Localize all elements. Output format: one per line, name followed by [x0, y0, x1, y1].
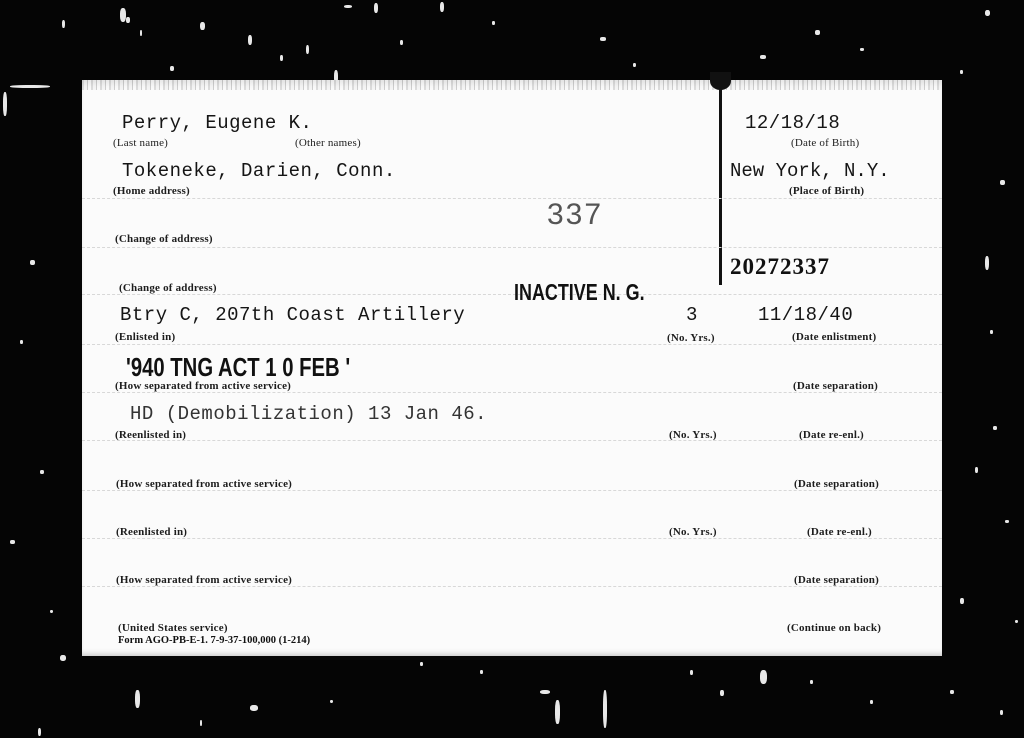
- dust-speck: [1015, 620, 1018, 623]
- dust-speck: [815, 30, 820, 35]
- date-enlistment-label: (Date enlistment): [792, 331, 876, 343]
- dust-speck: [760, 55, 766, 59]
- home-address-label: (Home address): [113, 185, 190, 197]
- training-act-stamp: '940 TNG ACT 1 0 FEB ': [126, 352, 350, 383]
- ruled-line: [82, 344, 942, 345]
- dust-speck: [600, 37, 606, 41]
- date-separation-label-3: (Date separation): [794, 574, 879, 586]
- no-yrs-label-1: (No. Yrs.): [667, 332, 715, 344]
- dust-speck: [603, 690, 607, 728]
- dust-speck: [555, 700, 560, 724]
- dust-speck: [38, 728, 41, 736]
- dust-speck: [860, 48, 864, 51]
- dust-speck: [60, 655, 66, 661]
- dust-speck: [40, 470, 44, 474]
- separation-note: HD (Demobilization) 13 Jan 46.: [130, 403, 487, 425]
- dust-speck: [170, 66, 174, 71]
- reenlisted-label-1: (Reenlisted in): [115, 429, 186, 441]
- date-separation-label-2: (Date separation): [794, 478, 879, 490]
- how-separated-label-3: (How separated from active service): [116, 574, 292, 586]
- dust-speck: [960, 598, 964, 604]
- inactive-ng-stamp: INACTIVE N. G.: [514, 279, 645, 306]
- dust-speck: [760, 670, 767, 684]
- home-address-value: Tokeneke, Darien, Conn.: [122, 160, 396, 182]
- change-of-address-label-2: (Change of address): [119, 282, 217, 294]
- continue-on-back-label: (Continue on back): [787, 622, 881, 634]
- dust-speck: [1005, 520, 1009, 523]
- no-yrs-label-3: (No. Yrs.): [669, 526, 717, 538]
- dust-speck: [993, 426, 997, 430]
- ruled-line: [82, 198, 942, 199]
- dust-speck: [374, 3, 378, 13]
- date-enlistment-value: 11/18/40: [758, 304, 853, 326]
- place-of-birth-value: New York, N.Y.: [730, 160, 890, 182]
- no-yrs-label-2: (No. Yrs.): [669, 429, 717, 441]
- date-reenl-label-1: (Date re-enl.): [799, 429, 864, 441]
- dust-speck: [720, 690, 724, 696]
- dust-speck: [330, 700, 333, 703]
- dust-speck: [200, 22, 205, 30]
- date-of-birth-label: (Date of Birth): [791, 137, 859, 149]
- dust-speck: [440, 2, 444, 12]
- dust-speck: [140, 30, 142, 36]
- no-years-value: 3: [686, 304, 698, 326]
- ruled-line: [82, 538, 942, 539]
- dust-speck: [950, 690, 954, 694]
- dust-speck: [20, 340, 23, 344]
- dust-speck: [540, 690, 550, 694]
- dust-speck: [492, 21, 495, 25]
- date-reenl-label-2: (Date re-enl.): [807, 526, 872, 538]
- dust-speck: [960, 70, 963, 74]
- ruled-line: [82, 294, 942, 295]
- dust-speck: [250, 705, 258, 711]
- ruled-line: [82, 586, 942, 587]
- dust-speck: [870, 700, 873, 704]
- dust-speck: [248, 35, 252, 45]
- dust-speck: [633, 63, 636, 67]
- dust-speck: [344, 5, 352, 8]
- dust-speck: [975, 467, 978, 473]
- dust-speck: [306, 45, 309, 54]
- handwritten-number: 337: [547, 198, 603, 232]
- dust-speck: [1000, 710, 1003, 715]
- dust-speck: [10, 540, 15, 544]
- dust-speck: [810, 680, 813, 684]
- date-of-birth-value: 12/18/18: [745, 112, 840, 134]
- change-of-address-label-1: (Change of address): [115, 233, 213, 245]
- dust-speck: [400, 40, 403, 45]
- dust-speck: [30, 260, 35, 265]
- dust-speck: [200, 720, 202, 726]
- serial-number: 20272337: [730, 254, 830, 280]
- dust-speck: [50, 610, 53, 613]
- dust-speck: [10, 85, 50, 88]
- dust-speck: [280, 55, 283, 61]
- service-record-card: Perry, Eugene K. (Last name) (Other name…: [82, 80, 942, 656]
- how-separated-label-1: (How separated from active service): [115, 380, 291, 392]
- dust-speck: [420, 662, 423, 666]
- dust-speck: [62, 20, 65, 28]
- form-number: Form AGO-PB-E-1. 7-9-37-100,000 (1-214): [118, 635, 310, 646]
- name-value: Perry, Eugene K.: [122, 112, 312, 134]
- dust-speck: [990, 330, 993, 334]
- dust-speck: [3, 92, 7, 116]
- enlisted-in-label: (Enlisted in): [115, 331, 175, 343]
- how-separated-label-2: (How separated from active service): [116, 478, 292, 490]
- us-service-label: (United States service): [118, 622, 228, 634]
- dust-speck: [135, 690, 140, 708]
- dust-speck: [690, 670, 693, 675]
- other-names-label: (Other names): [295, 137, 361, 149]
- ruled-line: [82, 490, 942, 491]
- dust-speck: [126, 17, 130, 23]
- ruled-line: [82, 392, 942, 393]
- date-separation-label-1: (Date separation): [793, 380, 878, 392]
- ruled-line: [82, 247, 942, 248]
- dust-speck: [985, 10, 990, 16]
- place-of-birth-label: (Place of Birth): [789, 185, 864, 197]
- reenlisted-label-2: (Reenlisted in): [116, 526, 187, 538]
- column-divider: [719, 80, 722, 285]
- last-name-label: (Last name): [113, 137, 168, 149]
- dust-speck: [985, 256, 989, 270]
- dust-speck: [1000, 180, 1005, 185]
- enlisted-in-value: Btry C, 207th Coast Artillery: [120, 304, 465, 326]
- dust-speck: [480, 670, 483, 674]
